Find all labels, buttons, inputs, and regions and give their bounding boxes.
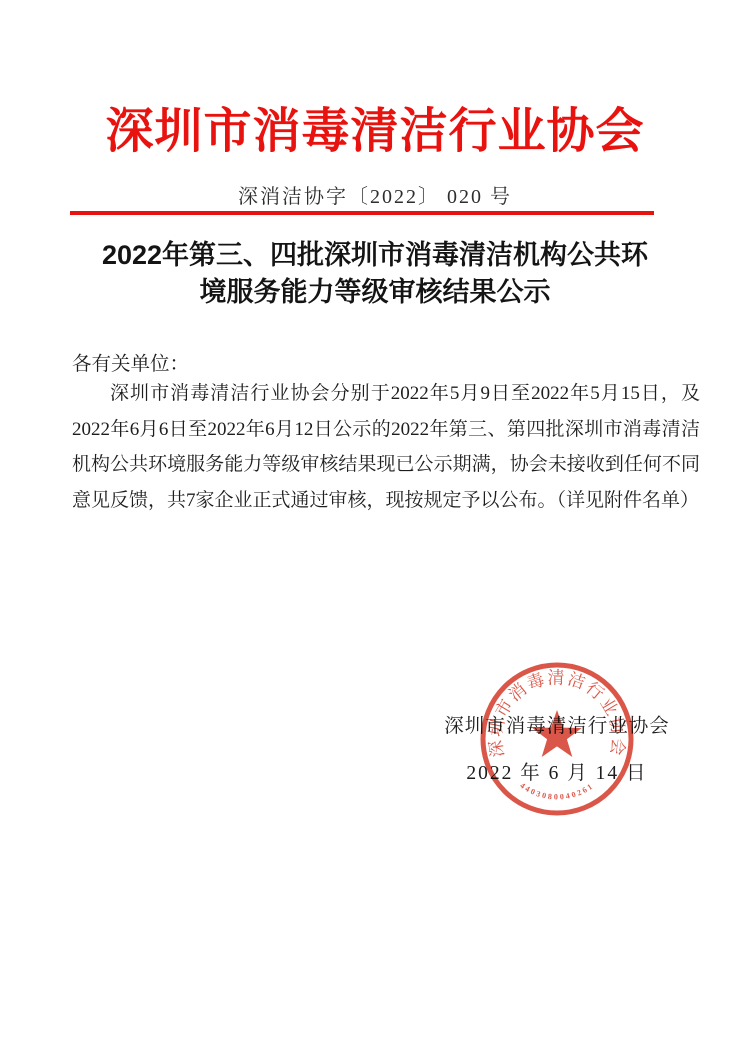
notice-title-line1: 2022年第三、四批深圳市消毒清洁机构公共环: [55, 237, 695, 274]
notice-title: 2022年第三、四批深圳市消毒清洁机构公共环 境服务能力等级审核结果公示: [55, 237, 695, 311]
salutation: 各有关单位：: [72, 348, 189, 376]
official-red-seal: 深圳市消毒清洁行业协会 4403080040261: [478, 660, 636, 818]
seal-star-icon: [532, 710, 581, 757]
official-notice-document: 深圳市消毒清洁行业协会 深消洁协字〔2022〕 020 号 2022年第三、四批…: [0, 0, 750, 1060]
notice-body-paragraph: 深圳市消毒清洁行业协会分别于2022年5月9日至2022年5月15日，及2022…: [72, 376, 700, 518]
letterhead-org-title: 深圳市消毒清洁行业协会: [0, 92, 750, 161]
letterhead-divider-rule: [70, 211, 654, 215]
document-reference-number: 深消洁协字〔2022〕 020 号: [0, 180, 750, 209]
seal-serial-number: 4403080040261: [518, 781, 595, 802]
notice-title-line2: 境服务能力等级审核结果公示: [55, 274, 695, 311]
